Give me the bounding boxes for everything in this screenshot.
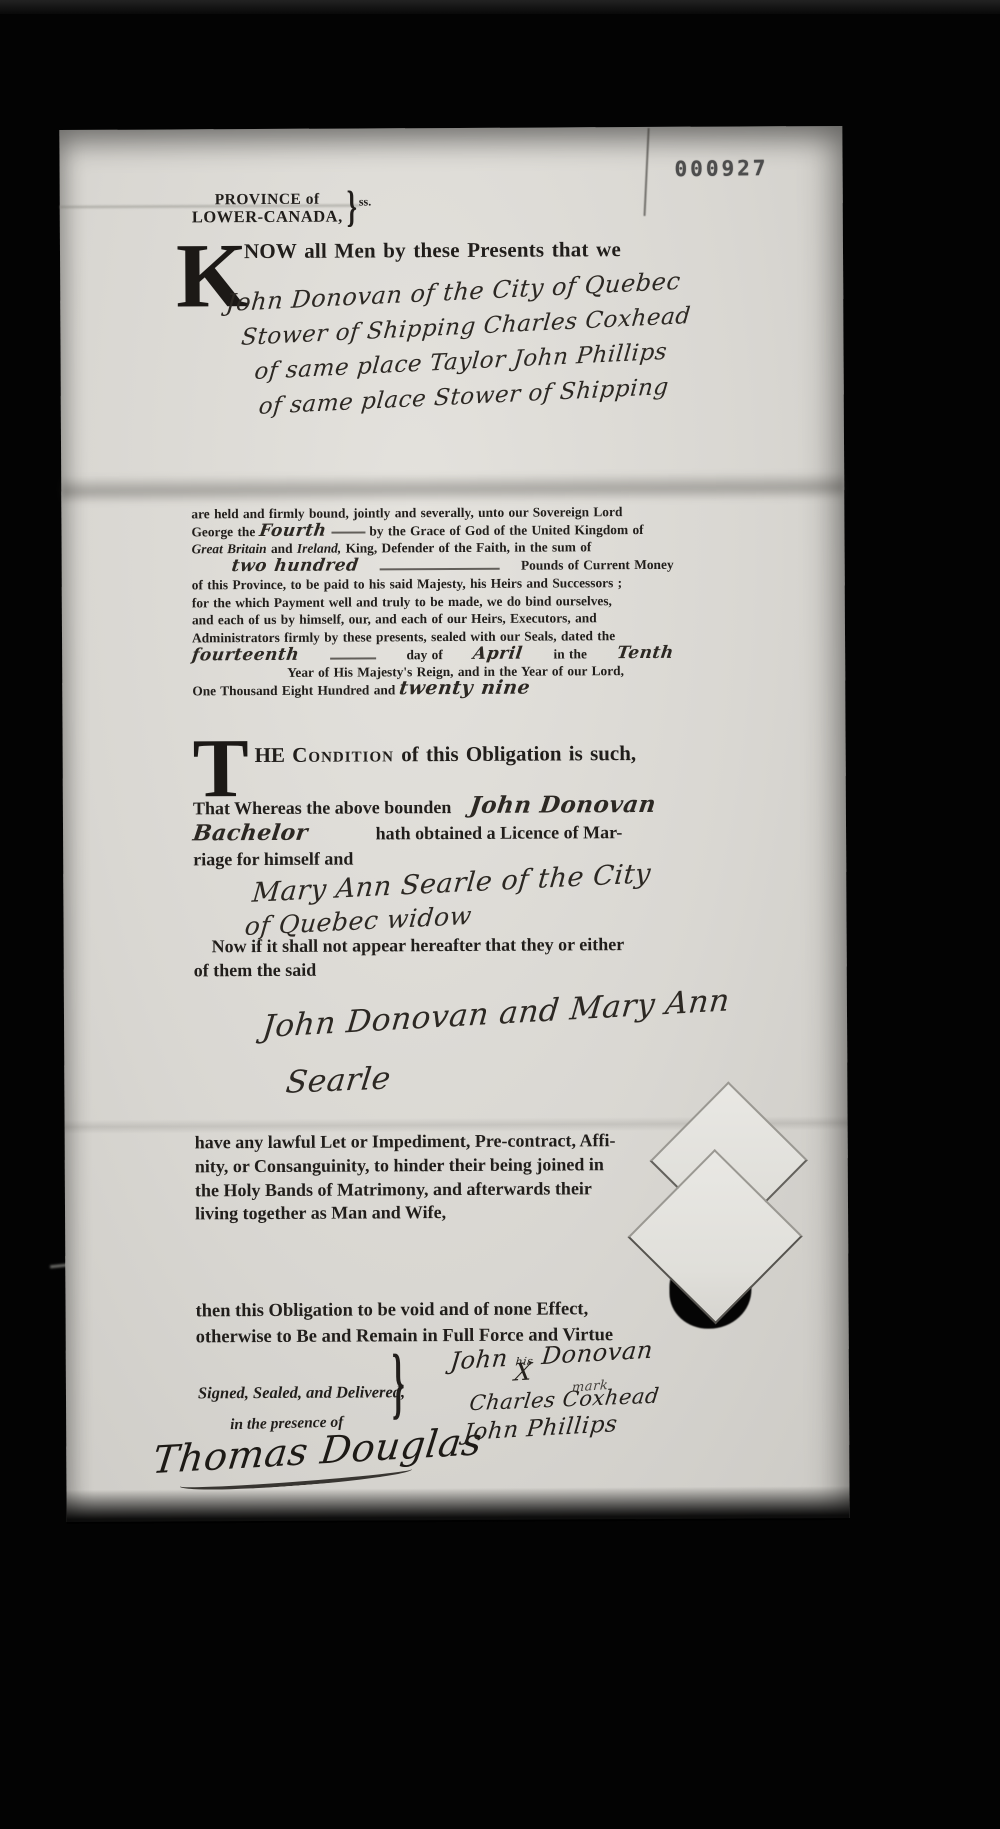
condition-line: riage for himself and <box>193 848 353 871</box>
bond-line: Administrators firmly by these presents,… <box>192 627 674 647</box>
jurisdiction-lines: PROVINCE of LOWER-CANADA, <box>192 191 343 226</box>
archive-stamp-number: 000927 <box>674 156 768 181</box>
handwritten-groom-name: John Donovan <box>469 800 656 811</box>
scanned-document-background: 000927 PROVINCE of LOWER-CANADA, } ss. K… <box>0 0 1000 1829</box>
condition-title-he: HE <box>255 743 293 767</box>
condition-text: hath obtained a Licence of Mar- <box>375 822 622 843</box>
condition-heading: T HE Condition of this Obligation is suc… <box>193 731 713 769</box>
bond-text-italic: Great Britain <box>192 541 267 556</box>
condition-title-smallcaps: Condition <box>292 742 394 767</box>
jurisdiction-header: PROVINCE of LOWER-CANADA, } ss. <box>192 190 372 225</box>
handwritten-couple-names: John Donovan and Mary Ann <box>261 982 732 1045</box>
impediment-line: have any lawful Let or Impediment, Pre-c… <box>195 1129 616 1155</box>
impediment-line: nity, or Consanguinity, to hinder their … <box>195 1153 616 1179</box>
bond-text: by the Grace of God of the United Kingdo… <box>369 522 643 538</box>
bond-text: day of <box>406 646 442 664</box>
condition-title: HE Condition of this Obligation is such, <box>193 731 713 769</box>
bond-text: One Thousand Eight Hundred and <box>192 682 395 698</box>
impediment-line: living together as Man and Wife, <box>195 1201 616 1227</box>
condition-line: Now if it shall not appear hereafter tha… <box>194 933 625 957</box>
handwritten-monarch-numeral: Fourth <box>259 525 327 535</box>
handwritten-sum: two hundred <box>231 561 359 572</box>
handwritten-day: fourteenth <box>191 649 299 660</box>
bond-text: George the <box>191 524 255 539</box>
bond-text: and <box>271 541 293 556</box>
condition-text: That Whereas the above bounden <box>193 797 451 818</box>
closing-line: then this Obligation to be void and of n… <box>195 1297 613 1325</box>
condition-line: of them the said <box>194 959 317 982</box>
bond-paragraph: are held and firmly bound, jointly and s… <box>191 503 674 700</box>
document-page: 000927 PROVINCE of LOWER-CANADA, } ss. K… <box>59 126 849 1522</box>
signature-brace: } <box>392 1337 405 1430</box>
handwritten-month: April <box>473 648 524 658</box>
ss-abbreviation: ss. <box>359 194 371 209</box>
bond-line: One Thousand Eight Hundred and twenty ni… <box>192 680 674 700</box>
x-mark: X <box>514 1367 533 1379</box>
handwritten-regnal-year: Tenth <box>617 647 675 657</box>
impediment-paragraph: have any lawful Let or Impediment, Pre-c… <box>195 1129 616 1226</box>
bond-line: for the which Payment well and truly to … <box>192 591 674 611</box>
condition-line: Bachelor hath obtained a Licence of Mar- <box>193 821 622 845</box>
witness-signature: Thomas Douglas <box>150 1419 484 1482</box>
handwritten-couple-surname: Searle <box>284 1061 393 1101</box>
flourish-line <box>380 568 500 571</box>
flourish-line <box>330 657 376 659</box>
bond-line: of this Province, to be paid to his said… <box>192 574 674 594</box>
donovan-first-name: John <box>449 1344 509 1375</box>
phillips-signature: John Phillips <box>462 1411 618 1446</box>
province-line: LOWER-CANADA, <box>192 208 343 226</box>
dropcap-t: T <box>193 737 249 801</box>
paper-crack <box>644 128 650 216</box>
bond-text: King, Defender of the Faith, in the sum … <box>346 540 592 556</box>
opening-title: NOW all Men by these Presents that we <box>176 237 736 265</box>
bond-text: in the <box>553 645 586 663</box>
province-line: PROVINCE of <box>192 191 343 209</box>
handwritten-year: twenty nine <box>399 683 531 694</box>
header-brace: } <box>347 182 358 233</box>
impediment-line: the Holy Bands of Matrimony, and afterwa… <box>195 1177 616 1203</box>
condition-line: That Whereas the above bounden John Dono… <box>193 795 656 819</box>
fold-crease <box>61 472 844 504</box>
handwritten-status: Bachelor <box>192 827 371 838</box>
bond-text-italic: Ireland, <box>297 541 341 556</box>
coxhead-signature: Charles Coxhead <box>468 1384 660 1416</box>
his-mark: his X <box>514 1356 534 1379</box>
condition-title-rest: of this Obligation is such, <box>394 741 636 766</box>
signed-sealed-delivered-label: Signed, Sealed, and Delivered, <box>198 1382 405 1403</box>
bond-line: two hundred Pounds of Current Money <box>192 556 674 576</box>
bond-line: George the Fourth by the Grace of God of… <box>191 521 673 541</box>
flourish-line <box>331 531 365 533</box>
opening-section: K NOW all Men by these Presents that we … <box>176 237 736 265</box>
bond-text: Pounds of Current Money <box>521 556 674 575</box>
donovan-last-name: Donovan <box>540 1336 654 1370</box>
